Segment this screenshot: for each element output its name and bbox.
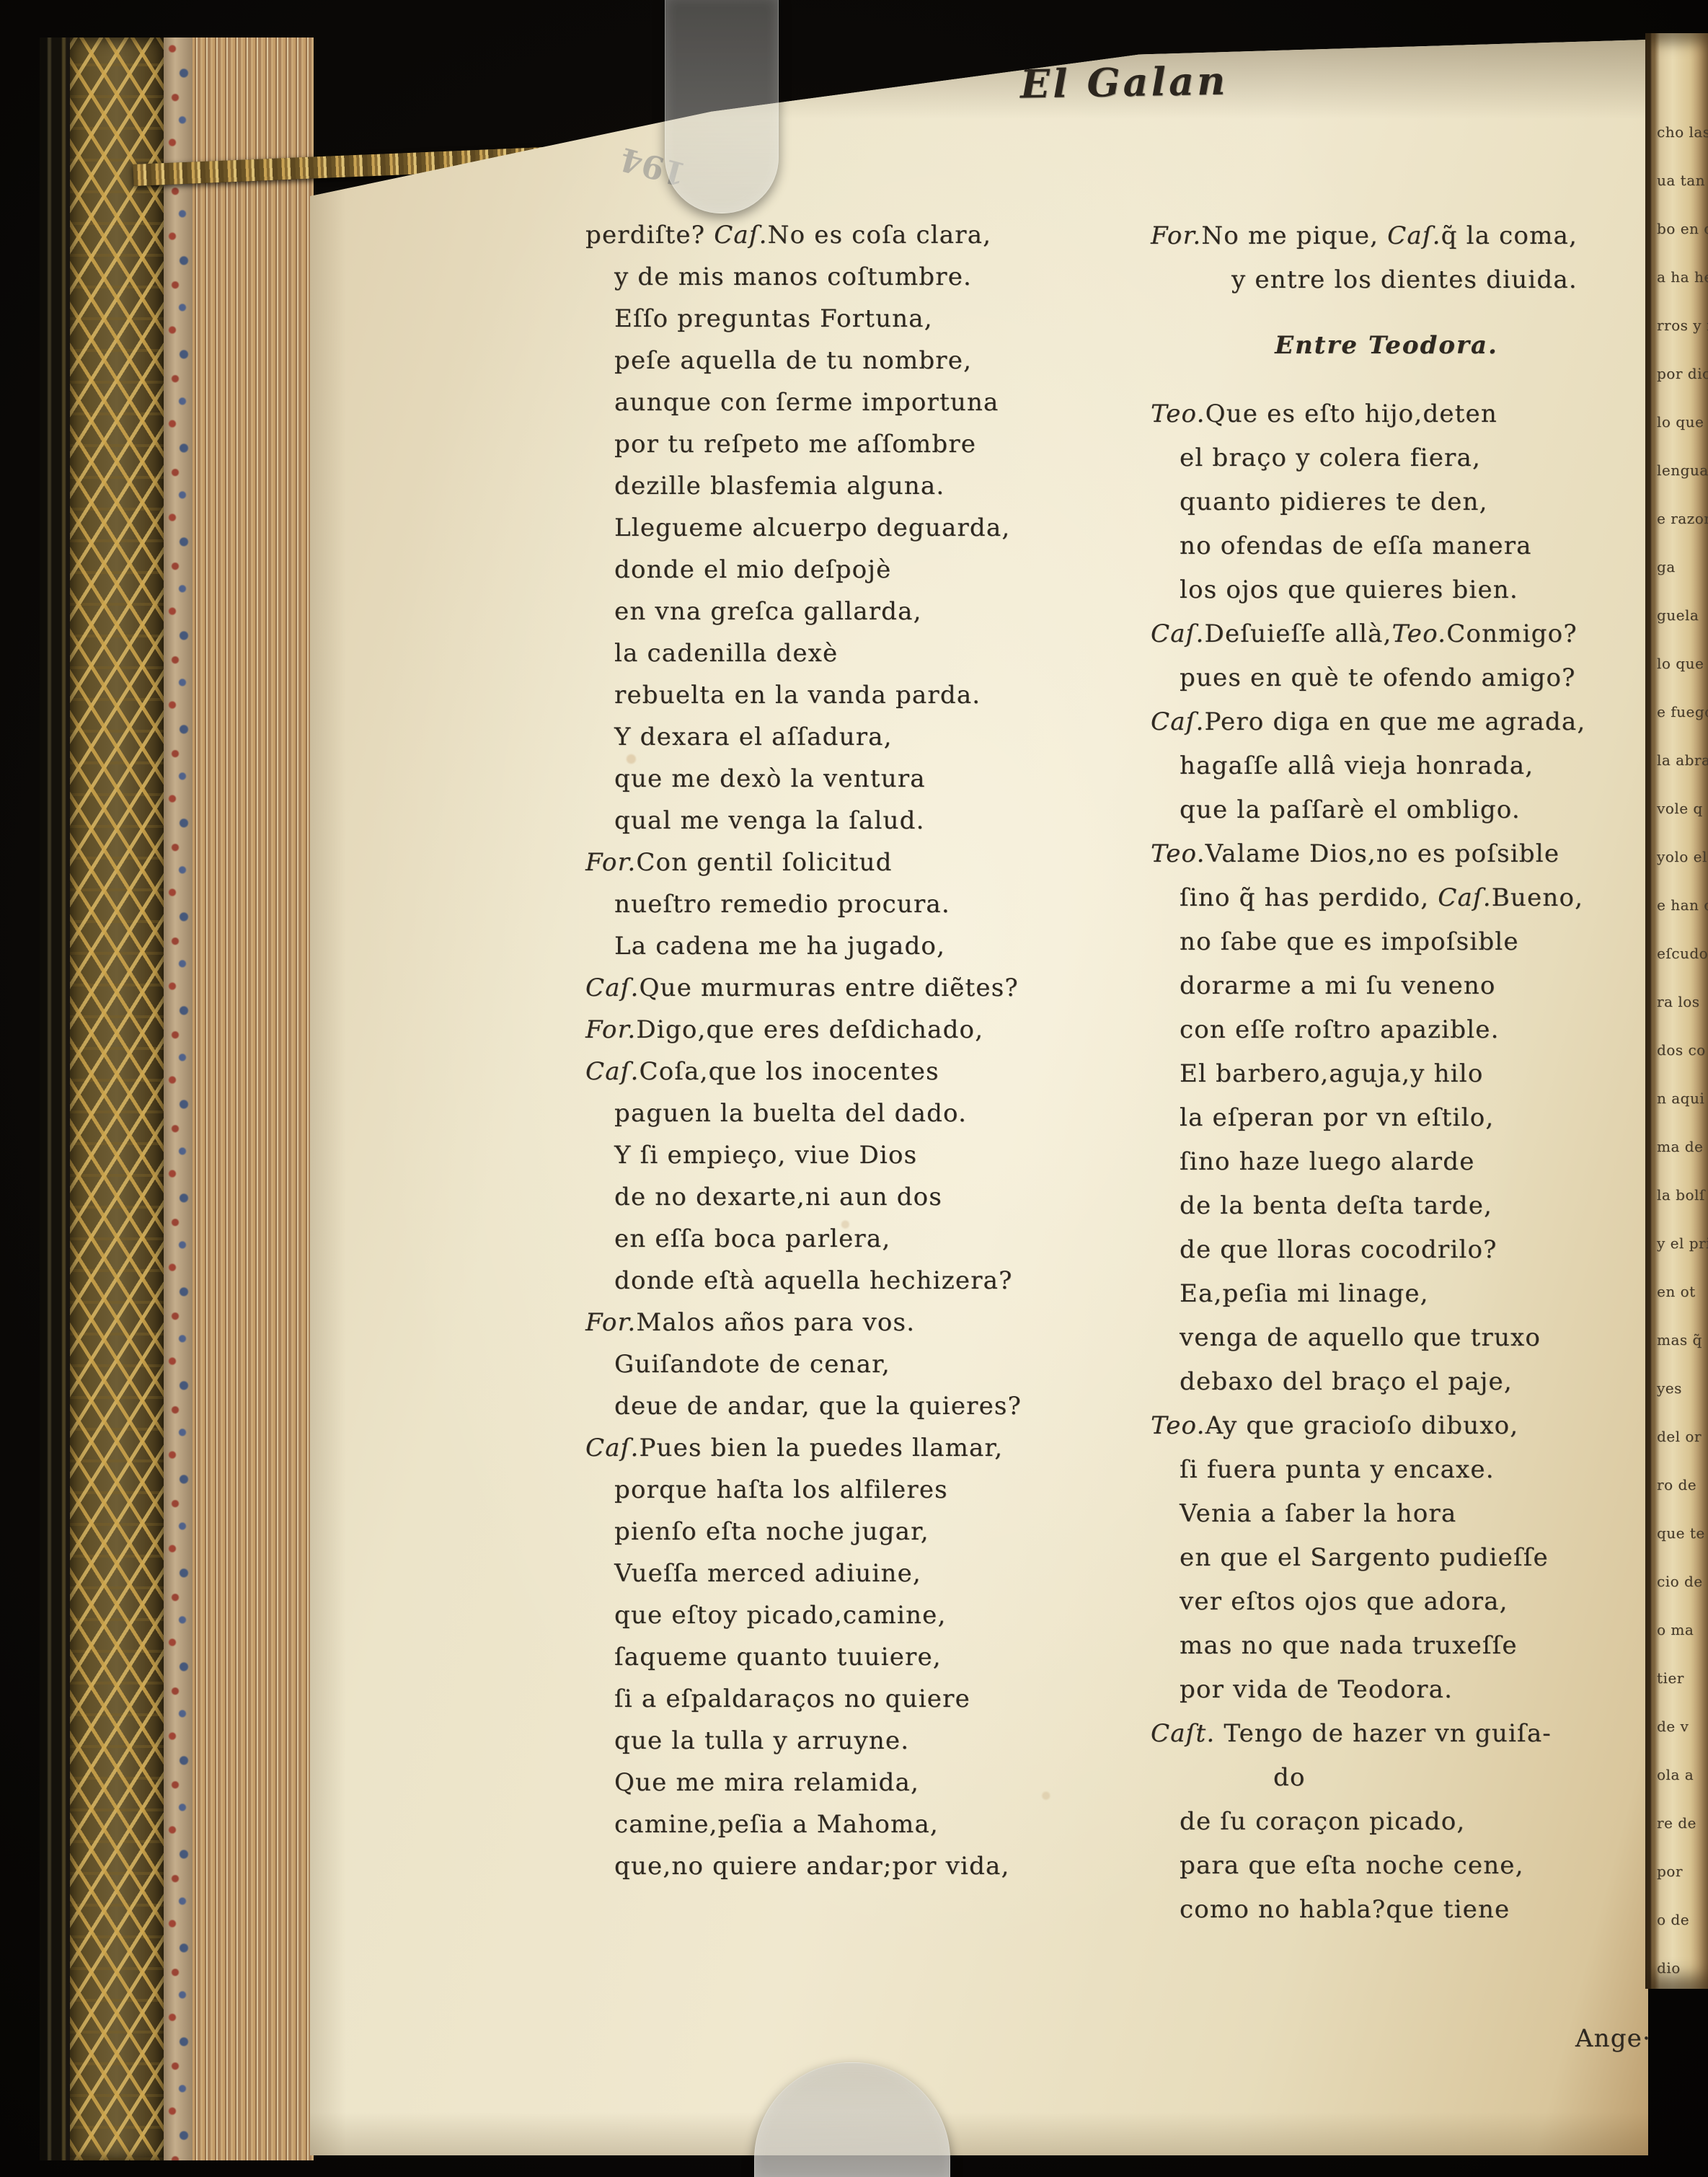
- adjacent-page-text-line: cio de: [1657, 1558, 1707, 1606]
- verse-line: en que el Sargento pudieſſe: [1180, 1536, 1651, 1580]
- verse-line: For.Con gentil ſolicitud: [585, 842, 1148, 883]
- adjacent-page-text-line: e razon: [1657, 495, 1707, 543]
- verse-line: la cadenilla dexè: [614, 632, 1148, 674]
- adjacent-page-text-line: vole q: [1657, 785, 1707, 833]
- page-block-fore-edge: [193, 37, 314, 2160]
- adjacent-page-text-line: ga: [1657, 543, 1707, 591]
- adjacent-page-text-line: ola a: [1657, 1751, 1707, 1799]
- adjacent-page-text-line: eſcudos: [1657, 929, 1707, 978]
- verse-line: la eſperan por vn eſtilo,: [1180, 1096, 1651, 1140]
- verse-line: Eſſo preguntas Fortuna,: [614, 298, 1148, 340]
- verse-line: ſino haze luego alarde: [1180, 1140, 1651, 1184]
- verse-line: que me dexò la ventura: [614, 758, 1148, 800]
- adjacent-page-text-line: guela: [1657, 591, 1707, 640]
- verse-line: por vida de Teodora.: [1180, 1668, 1651, 1712]
- adjacent-page-text-line: re de: [1657, 1799, 1707, 1847]
- verse-line: porque haſta los alfileres: [614, 1469, 1148, 1511]
- verse-line: debaxo del braço el paje,: [1180, 1360, 1651, 1404]
- adjacent-page-text-line: a ha he: [1657, 253, 1707, 301]
- verse-line: Llegueme alcuerpo deguarda,: [614, 507, 1148, 549]
- verse-line: peſe aquella de tu nombre,: [614, 340, 1148, 381]
- verse-line: ſi fuera punta y encaxe.: [1180, 1448, 1651, 1492]
- verse-line: Y dexara el aſſadura,: [614, 716, 1148, 758]
- verse-line: Caſ.Deſuieſſe allà,Teo.Conmigo?: [1151, 612, 1651, 656]
- verse-line: pues en què te ofendo amigo?: [1180, 656, 1651, 700]
- verse-line: For.No me pique, Caſ.q̃ la coma,: [1151, 214, 1651, 258]
- verse-line: For.Malos años para vos.: [585, 1302, 1148, 1343]
- verse-line: Caſ.Coſa,que los inocentes: [585, 1051, 1148, 1092]
- adjacent-page-text-line: dos co: [1657, 1026, 1707, 1074]
- adjacent-page-text-line: y el pri: [1657, 1219, 1707, 1268]
- adjacent-page-text-line: e han c: [1657, 881, 1707, 929]
- stage-direction: Entre Teodora.: [1151, 324, 1622, 368]
- gold-tooling-spine-band: [70, 37, 164, 2160]
- verse-line: donde eſtà aquella hechizera?: [614, 1260, 1148, 1302]
- verse-line: pienſo eſta noche jugar,: [614, 1511, 1148, 1553]
- adjacent-page-text-line: por dic: [1657, 350, 1707, 398]
- verse-line: aunque con ſerme importuna: [614, 381, 1148, 423]
- verse-line: de la benta deſta tarde,: [1180, 1184, 1651, 1228]
- adjacent-page-text-line: o ma: [1657, 1606, 1707, 1654]
- adjacent-page-text-line: ua tan: [1657, 156, 1707, 205]
- verse-line: y de mis manos coſtumbre.: [614, 256, 1148, 298]
- verse-line: con eſſe roſtro apazible.: [1180, 1008, 1651, 1052]
- verse-line: do: [1273, 1756, 1651, 1800]
- verse-line: de ſu coraçon picado,: [1180, 1800, 1651, 1844]
- verse-line: dezille blasfemia alguna.: [614, 465, 1148, 507]
- verse-line: Y ſi empieço, viue Dios: [614, 1134, 1148, 1176]
- verse-line: para que eſta noche cene,: [1180, 1844, 1651, 1888]
- adjacent-page-text: cho lasua tanbo en ca ha herros y rpor d…: [1657, 33, 1707, 1989]
- verse-line: por tu reſpeto me aſſombre: [614, 423, 1148, 465]
- marbled-edge-strip: [164, 37, 193, 2160]
- adjacent-page-text-line: tier: [1657, 1654, 1707, 1703]
- verse-line: y entre los dientes diuida.: [1231, 258, 1651, 302]
- verse-line: Que me mira relamida,: [614, 1762, 1148, 1803]
- book-binding: [40, 37, 314, 2160]
- running-title: El Galan: [1019, 56, 1323, 107]
- verse-line: dorarme a mi ſu veneno: [1180, 964, 1651, 1008]
- verse-line: For.Digo,que eres deſdichado,: [585, 1009, 1148, 1051]
- verse-line: Venia a ſaber la hora: [1180, 1492, 1651, 1536]
- adjacent-page-text-line: rros y r: [1657, 301, 1707, 350]
- verse-line: los ojos que quieres bien.: [1180, 568, 1651, 612]
- verse-line: Vueſſa merced adiuine,: [614, 1553, 1148, 1594]
- verse-line: hagaſſe allâ vieja honrada,: [1180, 744, 1651, 788]
- adjacent-page-text-line: ra los: [1657, 978, 1707, 1026]
- verse-line: Ea,peſia mi linage,: [1180, 1272, 1651, 1316]
- adjacent-page-text-line: lo que: [1657, 640, 1707, 688]
- adjacent-page-text-line: del or: [1657, 1413, 1707, 1461]
- cover-leather-edge: [40, 37, 70, 2160]
- adjacent-page-text-line: mas q̃: [1657, 1316, 1707, 1364]
- verse-line: como no habla?que tiene: [1180, 1888, 1651, 1932]
- verse-line: quanto pidieres te den,: [1180, 480, 1651, 524]
- adjacent-page-edge: cho lasua tanbo en ca ha herros y rpor d…: [1645, 33, 1708, 1989]
- verse-line: venga de aquello que truxo: [1180, 1316, 1651, 1360]
- adjacent-page-text-line: por: [1657, 1847, 1707, 1896]
- verse-line: Caſt. Tengo de hazer vn guiſa-: [1151, 1712, 1651, 1756]
- verse-line: que la tulla y arruyne.: [614, 1720, 1148, 1762]
- verse-line: camine,peſia a Mahoma,: [614, 1803, 1148, 1845]
- adjacent-page-text-line: la bolſ: [1657, 1171, 1707, 1219]
- verse-line: no ofendas de eſſa manera: [1180, 524, 1651, 568]
- page-holder-clamp-top: [665, 0, 779, 213]
- adjacent-page-text-line: de v: [1657, 1703, 1707, 1751]
- adjacent-page-text-line: cho las: [1657, 108, 1707, 156]
- verse-line: que,no quiere andar;por vida,: [614, 1845, 1148, 1887]
- verse-line: ſaqueme quanto tuuiere,: [614, 1636, 1148, 1678]
- adjacent-page-text-line: que te: [1657, 1509, 1707, 1558]
- adjacent-page-text-line: lengua c: [1657, 446, 1707, 495]
- adjacent-page-text-line: n aqui: [1657, 1074, 1707, 1123]
- adjacent-page-text-line: lo que: [1657, 398, 1707, 446]
- adjacent-page-text-line: yolo el: [1657, 833, 1707, 881]
- adjacent-page-text-line: yes: [1657, 1364, 1707, 1413]
- verse-line: ſi a eſpaldaraços no quiere: [614, 1678, 1148, 1720]
- verse-line: el braço y colera fiera,: [1180, 436, 1651, 480]
- verse-line: Caſ.Que murmuras entre diẽtes?: [585, 967, 1148, 1009]
- adjacent-page-text-line: o de: [1657, 1896, 1707, 1944]
- adjacent-page-text-line: dio: [1657, 1944, 1707, 1989]
- verse-line: paguen la buelta del dado.: [614, 1092, 1148, 1134]
- verse-line: de que lloras cocodrilo?: [1180, 1228, 1651, 1272]
- verse-line: nueſtro remedio procura.: [614, 883, 1148, 925]
- verse-line: deue de andar, que la quieres?: [614, 1385, 1148, 1427]
- verse-line: en eſſa boca parlera,: [614, 1218, 1148, 1260]
- adjacent-page-text-line: en ot: [1657, 1268, 1707, 1316]
- verse-line: Caſ.Pues bien la puedes llamar,: [585, 1427, 1148, 1469]
- text-column-right: For.No me pique, Caſ.q̃ la coma,y entre …: [1151, 214, 1651, 1932]
- verse-line: que la paſſarè el ombligo.: [1180, 788, 1651, 832]
- verse-line: ver eſtos ojos que adora,: [1180, 1580, 1651, 1624]
- adjacent-page-text-line: bo en c: [1657, 205, 1707, 253]
- verse-line: mas no que nada truxeſſe: [1180, 1624, 1651, 1668]
- book-page: El Galan 194 perdiſte? Caſ.No es coſa cl…: [310, 40, 1648, 2155]
- verse-line: Guiſandote de cenar,: [614, 1343, 1148, 1385]
- adjacent-page-text-line: e fuego: [1657, 688, 1707, 736]
- verse-line: Teo.Que es eſto hijo,deten: [1151, 392, 1651, 436]
- text-column-left: perdiſte? Caſ.No es coſa clara,y de mis …: [585, 214, 1148, 1887]
- verse-line: en vna greſca gallarda,: [614, 591, 1148, 632]
- adjacent-page-text-line: la abra: [1657, 736, 1707, 785]
- catchword: Ange·: [1151, 2024, 1651, 2053]
- verse-line: no ſabe que es impoſsible: [1180, 920, 1651, 964]
- verse-line: donde el mio deſpojè: [614, 549, 1148, 591]
- verse-line: El barbero,aguja,y hilo: [1180, 1052, 1651, 1096]
- adjacent-page-text-line: ma de: [1657, 1123, 1707, 1171]
- verse-line: qual me venga la ſalud.: [614, 800, 1148, 842]
- verse-line: ſino q̃ has perdido, Caſ.Bueno,: [1180, 876, 1651, 920]
- photograph-background: El Galan 194 perdiſte? Caſ.No es coſa cl…: [0, 0, 1708, 2177]
- verse-line: Caſ.Pero diga en que me agrada,: [1151, 700, 1651, 744]
- adjacent-page-text-line: ro de: [1657, 1461, 1707, 1509]
- verse-line: La cadena me ha jugado,: [614, 925, 1148, 967]
- verse-line: de no dexarte,ni aun dos: [614, 1176, 1148, 1218]
- verse-line: Teo.Valame Dios,no es poſsible: [1151, 832, 1651, 876]
- verse-line: rebuelta en la vanda parda.: [614, 674, 1148, 716]
- verse-line: Teo.Ay que gracioſo dibuxo,: [1151, 1404, 1651, 1448]
- verse-line: perdiſte? Caſ.No es coſa clara,: [585, 214, 1148, 256]
- verse-line: que eſtoy picado,camine,: [614, 1594, 1148, 1636]
